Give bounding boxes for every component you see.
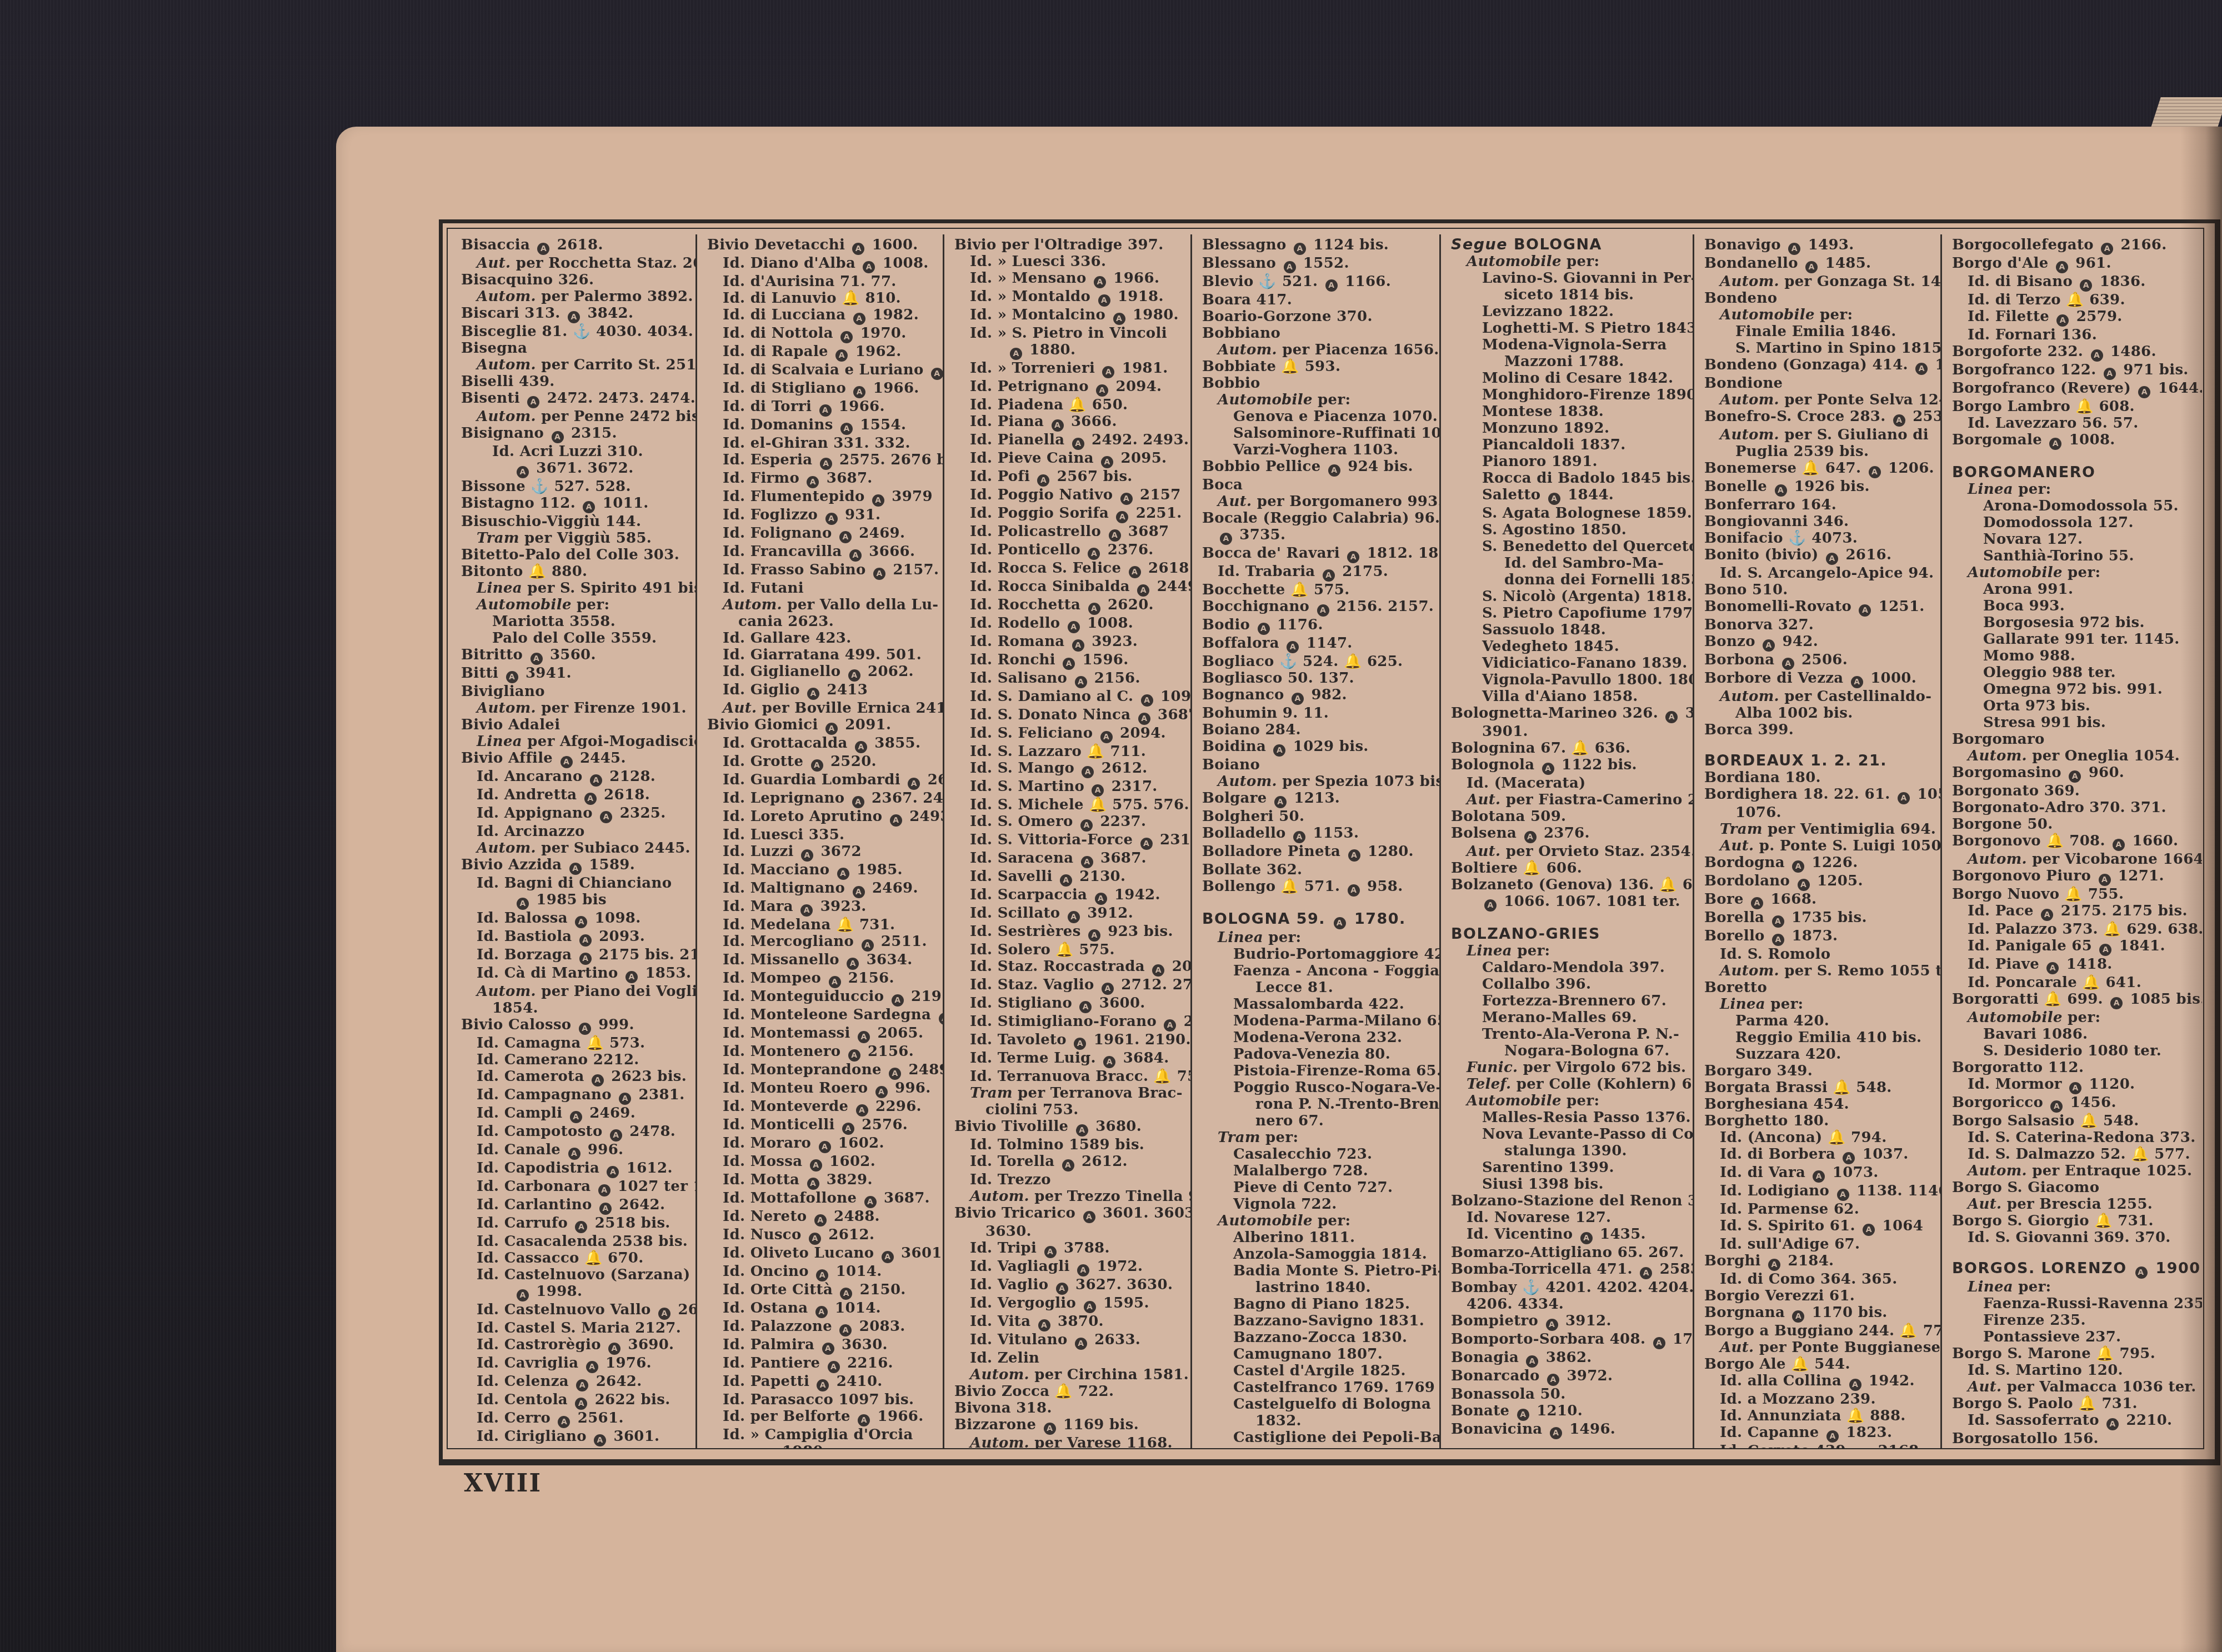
index-entry: Pieve di Cento 727. <box>1202 1179 1434 1196</box>
index-entry: Lecce 81. <box>1202 979 1434 996</box>
service-type-label: Autom. <box>1218 773 1277 790</box>
index-entry: Borgomaro <box>1952 731 2196 748</box>
index-entry: Id. Mormor A 1120. <box>1952 1076 2196 1094</box>
automobile-circle-a-icon: A <box>1068 621 1080 633</box>
index-entry: Bizzarone A 1169 bis. <box>954 1416 1185 1435</box>
automobile-circle-a-icon: A <box>1081 856 1093 868</box>
service-type-label: Aut. <box>1467 792 1500 808</box>
index-entry: Id. S. Dalmazzo 52. 🔔 577. <box>1952 1146 2196 1163</box>
index-entry: Mariotta 3558. <box>461 613 690 630</box>
service-type-label: Segue <box>1451 236 1508 253</box>
automobile-circle-a-icon: A <box>1813 1170 1825 1183</box>
index-entry: Id. Scarpaccia A 1942. <box>954 887 1185 905</box>
index-entry: 3630. <box>954 1223 1185 1240</box>
index-entry: Id. Domanins A 1554. <box>707 417 937 435</box>
index-entry: Modena-Parma-Milano 65. <box>1202 1013 1434 1029</box>
index-entry: Monghidoro-Firenze 1890. <box>1451 387 1687 403</box>
automobile-circle-a-icon: A <box>1116 511 1128 523</box>
index-entry: Telef. per Colle (Kohlern) 672 ter <box>1451 1076 1687 1093</box>
index-entry: Automobile per: <box>1704 307 1935 323</box>
automobile-circle-a-icon: A <box>839 1324 852 1336</box>
automobile-circle-a-icon: A <box>1798 879 1810 891</box>
index-entry: Bodio A 1176. <box>1202 617 1434 635</box>
automobile-circle-a-icon: A <box>599 1203 612 1215</box>
index-entry: 1854. <box>461 1000 690 1017</box>
automobile-circle-a-icon: A <box>1772 915 1784 928</box>
automobile-circle-a-icon: A <box>1782 658 1794 670</box>
index-entry: Bivio Affile A 2445. <box>461 750 690 768</box>
index-entry: Molino di Cesare 1842. <box>1451 370 1687 387</box>
automobile-circle-a-icon: A <box>1294 243 1306 255</box>
automobile-circle-a-icon: A <box>931 368 943 380</box>
index-entry: Linea per: <box>1202 929 1434 946</box>
index-entry: Id. Romana A 3923. <box>954 633 1185 652</box>
index-entry: Id. a Mozzano 239. <box>1704 1391 1935 1408</box>
index-entry: S. Martino in Spino 1815. <box>1704 340 1935 357</box>
index-entry: Boiano 284. <box>1202 722 1434 738</box>
index-entry: Biselli 439. <box>461 373 690 390</box>
index-entry: Alba 1002 bis. <box>1704 705 1935 722</box>
index-entry: Id. di Como 364. 365. <box>1704 1271 1935 1288</box>
index-entry: Boretto <box>1704 979 1935 996</box>
index-entry: Id. Moraro A 1602. <box>707 1135 937 1153</box>
index-entry: Borgo a Buggiano 244. 🔔 775. <box>1704 1323 1935 1339</box>
automobile-circle-a-icon: A <box>842 1123 854 1135</box>
index-entry: Id. Gallare 423. <box>707 630 937 647</box>
index-entry: Id. » Mensano A 1966. <box>954 270 1185 288</box>
index-entry: Bivio Zocca 🔔 722. <box>954 1383 1185 1400</box>
index-entry: Autom. per Vallo della Lu- <box>707 597 937 613</box>
automobile-circle-a-icon: A <box>625 971 638 983</box>
automobile-circle-a-icon: A <box>2050 1100 2063 1113</box>
index-entry: Id. Castelnuovo (Sarzana) <box>461 1266 690 1283</box>
index-entry: Castelfranco 1769. 1769 bis. <box>1202 1379 1434 1396</box>
index-entry: Id. di Scalvaia e Luriano A 2060 <box>707 362 937 380</box>
automobile-circle-a-icon: A <box>1092 784 1104 797</box>
automobile-circle-a-icon: A <box>1096 384 1108 397</box>
index-entry: Id. Cocconato A 964. <box>461 1446 690 1448</box>
index-entry: Fortezza-Brennero 67. <box>1451 993 1687 1009</box>
automobile-circle-a-icon: A <box>825 723 838 735</box>
automobile-circle-a-icon: A <box>576 1379 588 1391</box>
index-entry: Id. Cà di Martino A 1853. <box>461 965 690 983</box>
index-entry: Id. Palmira A 3630. <box>707 1336 937 1355</box>
index-entry: Bordolano A 1205. <box>1704 873 1935 891</box>
index-entry: Id. S. Feliciano A 2094. <box>954 725 1185 743</box>
index-entry: Id. » Luesci 336. <box>954 253 1185 270</box>
index-entry: Borgonovo 🔔 708. A 1660. <box>1952 833 2196 851</box>
index-entry: Aut. per Fiastra-Camerino 2222. <box>1451 792 1687 808</box>
automobile-circle-a-icon: A <box>1826 1430 1839 1443</box>
index-entry: Id. Castel S. Maria 2127. <box>461 1320 690 1336</box>
index-entry: Borgosesia 972 bis. <box>1952 614 2196 631</box>
index-entry: Bonefro-S. Croce 283. A 2539 <box>1704 408 1935 427</box>
automobile-circle-a-icon: A <box>1526 1355 1538 1368</box>
index-entry: Montese 1838. <box>1451 403 1687 420</box>
index-entry: Malles-Resia Passo 1376. <box>1451 1109 1687 1126</box>
index-entry: Aut. per Borgomanero 993. <box>1202 493 1434 510</box>
index-entry: Id. Staz. Vaglio A 2712. 2723 <box>954 977 1185 995</box>
index-entry: Id. alla Collina A 1942. <box>1704 1373 1935 1391</box>
index-entry: Bonavicina A 1496. <box>1451 1421 1687 1439</box>
index-entry: Boca <box>1202 477 1434 493</box>
index-entry: Bomarzo-Attigliano 65. 267. <box>1451 1244 1687 1261</box>
index-columns: Bisaccia A 2618.Aut. per Rocchetta Staz.… <box>451 234 2202 1448</box>
index-entry: Autom. per Penne 2472 bis. <box>461 408 690 425</box>
index-entry: Gallarate 991 ter. 1145. <box>1952 631 2196 648</box>
index-entry: Id. (Macerata) <box>1451 775 1687 792</box>
index-entry: Id. S. Omero A 2237. <box>954 813 1185 832</box>
index-entry: Borgocollefegato A 2166. <box>1952 237 2196 255</box>
index-entry: Trento-Ala-Verona P. N.- <box>1451 1026 1687 1043</box>
index-column-5: Segue BOLOGNAAutomobile per:Lavino-S. Gi… <box>1441 234 1694 1448</box>
service-type-label: Linea <box>477 580 522 597</box>
index-entry: Levizzano 1822. <box>1451 303 1687 320</box>
index-entry: Castelguelfo di Bologna <box>1202 1396 1434 1413</box>
index-entry: Id. Grotte A 2520. <box>707 753 937 772</box>
index-entry: Id. el-Ghiran 331. 332. <box>707 435 937 452</box>
index-entry: Id. Filette A 2579. <box>1952 308 2196 327</box>
automobile-circle-a-icon: A <box>852 243 864 255</box>
index-entry: Id. Poggio Nativo A 2157 <box>954 487 1185 505</box>
index-entry: Id. Trezzo <box>954 1172 1185 1188</box>
automobile-circle-a-icon: A <box>1103 1056 1115 1068</box>
automobile-circle-a-icon: A <box>1075 676 1087 688</box>
index-entry: Linea per Afgoi-Mogadiscio 333 <box>461 733 690 750</box>
index-entry: 1076. <box>1704 804 1935 821</box>
service-type-label: Aut. <box>1720 838 1754 854</box>
index-entry: Id. Bastiola A 2093. <box>461 928 690 947</box>
service-type-label: Autom. <box>970 1366 1029 1383</box>
service-type-label: Aut. <box>723 700 757 717</box>
index-entry: Bolzano-Stazione del Renon 396 <box>1451 1193 1687 1209</box>
index-entry: Id. Tavoleto A 1961. 2190. 2192 <box>954 1032 1185 1050</box>
index-entry: Lavino-S. Giovanni in Per- <box>1451 270 1687 287</box>
index-entry: Id. Grottacalda A 3855. <box>707 735 937 753</box>
service-type-label: Automobile <box>1720 307 1815 323</box>
automobile-circle-a-icon: A <box>852 796 864 808</box>
index-entry: Reggio Emilia 410 bis. <box>1704 1029 1935 1046</box>
index-entry: Id. Folignano A 2469. <box>707 525 937 543</box>
index-entry: Boiano <box>1202 757 1434 773</box>
automobile-circle-a-icon: A <box>820 458 832 470</box>
automobile-circle-a-icon: A <box>1869 466 1881 478</box>
index-entry: Id. Vaglio A 3627. 3630. <box>954 1276 1185 1295</box>
index-entry: Id. Castrorègio A 3690. <box>461 1336 690 1355</box>
index-entry: Id. S. Arcangelo-Apice 94. <box>1704 565 1935 582</box>
automobile-circle-a-icon: A <box>1074 1038 1086 1050</box>
index-entry: Id. Monteprandone A 2489 bis <box>707 1062 937 1080</box>
index-entry: Id. Vitulano A 2633. <box>954 1331 1185 1350</box>
automobile-circle-a-icon: A <box>584 793 597 805</box>
index-entry: Bonorva 327. <box>1704 617 1935 633</box>
index-entry: A 1066. 1067. 1081 ter. <box>1451 893 1687 912</box>
index-entry: Id. Loreto Aprutino A 2493. <box>707 808 937 827</box>
index-column-2: Bivio Devetacchi A 1600.Id. Diano d'Alba… <box>697 234 944 1448</box>
index-entry: Id. » S. Pietro in Vincoli <box>954 325 1185 342</box>
index-entry: Id. Camerota A 2623 bis. <box>461 1068 690 1087</box>
automobile-circle-a-icon: A <box>1044 1423 1056 1435</box>
automobile-circle-a-icon: A <box>569 863 582 875</box>
index-entry: Bocchette 🔔 575. <box>1202 582 1434 598</box>
index-entry: Id. Parasacco 1097 bis. <box>707 1391 937 1408</box>
index-entry: Alberino 1811. <box>1202 1229 1434 1246</box>
automobile-circle-a-icon: A <box>517 466 529 478</box>
index-entry: Id. Cassacco 🔔 670. <box>461 1250 690 1266</box>
index-entry: Borgo Lambro 🔔 608. <box>1952 398 2196 415</box>
index-entry: Id. Sassoferrato A 2210. <box>1952 1412 2196 1430</box>
index-entry: Id. Andretta A 2618. <box>461 787 690 805</box>
index-entry: Id. di Rapale A 1962. <box>707 343 937 362</box>
page-number: XVIII <box>464 1469 542 1498</box>
index-entry: Faenza-Russi-Ravenna 235. <box>1952 1295 2196 1312</box>
automobile-circle-a-icon: A <box>1152 964 1164 977</box>
index-entry: A 1980. <box>707 1443 937 1448</box>
index-entry: Id. Mercogliano A 2511. <box>707 933 937 952</box>
index-entry: Autom. per Brescia 1249. <box>1952 1447 2196 1448</box>
index-entry: Autom. per Entraque 1025. <box>1952 1163 2196 1179</box>
automobile-circle-a-icon: A <box>1088 929 1100 942</box>
index-entry: Id. Nusco A 2612. <box>707 1227 937 1245</box>
automobile-circle-a-icon: A <box>817 1379 829 1391</box>
index-entry: donna dei Fornelli 1853 <box>1451 572 1687 588</box>
automobile-circle-a-icon: A <box>1038 1319 1050 1331</box>
index-entry: Id. Mottafollone A 3687. <box>707 1190 937 1208</box>
index-entry: Bolladore Pineta A 1280. <box>1202 843 1434 862</box>
index-entry: Autom. per Oneglia 1054. <box>1952 748 2196 764</box>
index-entry: Bivigliano <box>461 683 690 700</box>
index-entry: S. Nicolò (Argenta) 1818. <box>1451 588 1687 605</box>
index-entry: Id. Papetti A 2410. <box>707 1373 937 1391</box>
automobile-circle-a-icon: A <box>1898 792 1910 804</box>
automobile-circle-a-icon: A <box>1915 363 1928 375</box>
automobile-circle-a-icon: A <box>853 313 865 325</box>
index-entry: Siusi 1398 bis. <box>1451 1176 1687 1193</box>
index-entry: Autom. per S. Giuliano di <box>1704 427 1935 443</box>
index-entry: Pontassieve 237. <box>1952 1329 2196 1345</box>
index-entry: Bolognina 67. 🔔 636. <box>1451 740 1687 757</box>
service-type-label: Funic. <box>1467 1059 1518 1076</box>
index-entry: Id. S. Lazzaro 🔔 711. <box>954 743 1185 760</box>
index-entry: Id. Zelin <box>954 1350 1185 1366</box>
index-entry: Novara 127. <box>1952 531 2196 548</box>
index-entry: Id. Rocca Sinibalda A 2449 <box>954 578 1185 597</box>
index-entry: Bolotana 509. <box>1451 808 1687 825</box>
index-entry: Id. Cavriglia A 1976. <box>461 1355 690 1373</box>
index-entry: Id. Monteverde A 2296. <box>707 1098 937 1117</box>
index-entry: Id. Stimigliano-Forano A 2119. <box>954 1013 1185 1032</box>
page-curl-shadow <box>2180 127 2222 1652</box>
index-entry: Aut. per Valmacca 1036 ter. <box>1952 1379 2196 1395</box>
index-entry: Borgo S. Marone 🔔 795. <box>1952 1345 2196 1362</box>
index-entry: Bongiovanni 346. <box>1704 513 1935 530</box>
index-entry: Camugnano 1807. <box>1202 1346 1434 1363</box>
index-entry: Id. Pantiere A 2216. <box>707 1355 937 1373</box>
index-entry: Bivio Azzida A 1589. <box>461 857 690 875</box>
automobile-circle-a-icon: A <box>2056 261 2068 273</box>
index-entry: Id. Pofi A 2567 bis. <box>954 468 1185 487</box>
index-entry: Id. Fornari 136. <box>1952 327 2196 343</box>
section-heading: BOLOGNA 59. A 1780. <box>1202 911 1434 929</box>
index-entry: Id. Ancarano A 2128. <box>461 768 690 787</box>
index-entry: Borca 399. <box>1704 722 1935 738</box>
automobile-circle-a-icon: A <box>575 1221 587 1233</box>
service-type-label: Automobile <box>1968 564 2063 581</box>
index-entry: Id. Ronchi A 1596. <box>954 652 1185 670</box>
automobile-circle-a-icon: A <box>908 778 920 790</box>
automobile-circle-a-icon: A <box>1788 243 1800 255</box>
index-entry: Id. Appignano A 2325. <box>461 805 690 823</box>
service-type-label: Autom. <box>970 1435 1029 1448</box>
index-entry: Id. Saracena A 3687. <box>954 850 1185 868</box>
automobile-circle-a-icon: A <box>1287 641 1299 653</box>
index-entry: 1832. <box>1202 1413 1434 1429</box>
automobile-circle-a-icon: A <box>619 1093 631 1105</box>
automobile-circle-a-icon: A <box>855 741 867 753</box>
index-entry: Bono 510. <box>1704 582 1935 598</box>
index-entry: Id. Futani <box>707 580 937 597</box>
index-entry: Bollengo 🔔 571. A 958. <box>1202 878 1434 897</box>
automobile-circle-a-icon: A <box>815 1306 828 1318</box>
index-entry: Id. Monteleone Sardegna A 3923 <box>707 1007 937 1025</box>
service-type-label: Linea <box>477 733 522 750</box>
automobile-circle-a-icon: A <box>1517 1409 1529 1421</box>
automobile-circle-a-icon: A <box>1665 711 1678 723</box>
index-entry: Borgo Salsasio 🔔 548. <box>1952 1113 2196 1129</box>
index-entry: Id. Giglianello A 2062. <box>707 663 937 682</box>
automobile-circle-a-icon: A <box>1843 1152 1855 1164</box>
index-entry: Id. Monteu Roero A 996. <box>707 1080 937 1098</box>
service-type-label: Aut. <box>1968 1196 2001 1213</box>
index-entry: Automobile per: <box>461 597 690 613</box>
index-column-7: Borgocollefegato A 2166.Borgo d'Ale A 96… <box>1942 234 2202 1448</box>
index-entry: Id. Salisano A 2156. <box>954 670 1185 688</box>
automobile-circle-a-icon: A <box>1109 529 1121 542</box>
index-entry: Bondeno (Gonzaga) 414. A 1483. <box>1704 357 1935 375</box>
automobile-circle-a-icon: A <box>1792 860 1804 873</box>
index-entry: Bondeno <box>1704 290 1935 307</box>
index-entry: Bolgheri 50. <box>1202 808 1434 825</box>
service-type-label: Tram <box>1218 1129 1260 1146</box>
index-entry: Bocale (Reggio Calabria) 96. <box>1202 510 1434 527</box>
automobile-circle-a-icon: A <box>506 671 518 683</box>
index-entry: Autom. per Palermo 3892. <box>461 288 690 305</box>
index-entry: Borbona A 2506. <box>1704 652 1935 670</box>
index-entry: Id. Terme Luig. A 3684. <box>954 1050 1185 1068</box>
automobile-circle-a-icon: A <box>2046 962 2059 974</box>
index-entry: Bivio Devetacchi A 1600. <box>707 237 937 255</box>
index-entry: Id. Luesci 335. <box>707 827 937 843</box>
automobile-circle-a-icon: A <box>1550 1427 1562 1439</box>
index-entry: Stresa 991 bis. <box>1952 714 2196 731</box>
index-entry: Padova-Venezia 80. <box>1202 1046 1434 1063</box>
index-entry: Id. S. Martino A 2317. <box>954 778 1185 797</box>
index-entry: Bolsena A 2376. <box>1451 825 1687 843</box>
index-entry: Oleggio 988 ter. <box>1952 664 2196 681</box>
service-type-label: Autom. <box>477 357 536 373</box>
index-entry: Vedegheto 1845. <box>1451 638 1687 655</box>
service-type-label: Aut. <box>1218 493 1252 510</box>
automobile-circle-a-icon: A <box>825 513 838 525</box>
automobile-circle-a-icon: A <box>1082 766 1094 778</box>
service-type-label: Linea <box>1968 1279 2013 1295</box>
automobile-circle-a-icon: A <box>1775 484 1787 497</box>
index-entry: Autom. per Gonzaga St. 1483. <box>1704 273 1935 290</box>
index-entry: Biscari 313. A 3842. <box>461 305 690 323</box>
index-entry: Borgaro 349. <box>1704 1063 1935 1079</box>
index-entry: Automobile per: <box>1952 1009 2196 1026</box>
automobile-circle-a-icon: A <box>882 1251 894 1263</box>
automobile-circle-a-icon: A <box>1548 493 1560 505</box>
automobile-circle-a-icon: A <box>568 311 580 323</box>
index-entry: Id. Campotosto A 2478. <box>461 1123 690 1142</box>
section-heading: BORDEAUX 1. 2. 21. <box>1704 753 1935 769</box>
automobile-circle-a-icon: A <box>856 1104 868 1117</box>
index-entry: Id. Vagliagli A 1972. <box>954 1258 1185 1276</box>
index-entry: Borgomale A 1008. <box>1952 432 2196 450</box>
index-entry: Id. Monteguiduccio A 2193. <box>707 988 937 1007</box>
service-type-label: Tram <box>1720 821 1763 838</box>
index-entry: Id. (Ancona) 🔔 794. <box>1704 1129 1935 1146</box>
index-entry: 3901. <box>1451 723 1687 740</box>
index-entry: Anzola-Samoggia 1814. <box>1202 1246 1434 1263</box>
index-entry: Bobbio Pellice A 924 bis. <box>1202 458 1434 477</box>
index-entry: Id. di Borbera A 1037. <box>1704 1146 1935 1164</box>
index-entry: Borgoratti 🔔 699. A 1085 bis. <box>1952 991 2196 1009</box>
index-entry: Id. Giglio A 2413 <box>707 682 937 700</box>
index-entry: Aut. per Ponte Buggianese 2036. <box>1704 1339 1935 1356</box>
index-entry: Bondanello A 1485. <box>1704 255 1935 273</box>
index-entry: Id. Savelli A 2130. <box>954 868 1185 887</box>
index-entry: Bonzo A 942. <box>1704 633 1935 652</box>
index-entry: Boario-Gorzone 370. <box>1202 308 1434 325</box>
automobile-circle-a-icon: A <box>1768 1259 1780 1271</box>
automobile-circle-a-icon: A <box>592 1074 604 1087</box>
service-type-label: Autom. <box>1720 427 1779 443</box>
index-entry: Id. Foglizzo A 931. <box>707 507 937 525</box>
service-type-label: Autom. <box>1218 342 1277 358</box>
index-entry: Borgone 50. <box>1952 816 2196 833</box>
automobile-circle-a-icon: A <box>892 994 904 1007</box>
index-entry: Bonifacio ⚓ 4073. <box>1704 530 1935 547</box>
index-entry: Borgosatollo 156. <box>1952 1430 2196 1447</box>
index-entry: Id. di Bisano A 1836. <box>1952 273 2196 292</box>
automobile-circle-a-icon: A <box>864 1196 877 1208</box>
index-entry: Boltiere 🔔 606. <box>1451 860 1687 877</box>
automobile-circle-a-icon: A <box>2104 368 2116 380</box>
index-entry: Id. Petrignano A 2094. <box>954 378 1185 397</box>
automobile-circle-a-icon: A <box>810 1159 822 1172</box>
automobile-circle-a-icon: A <box>1080 819 1093 832</box>
index-entry: Bavari 1086. <box>1952 1026 2196 1043</box>
index-entry: Linea per S. Spirito 491 bis. <box>461 580 690 597</box>
automobile-circle-a-icon: A <box>1863 1224 1875 1236</box>
automobile-circle-a-icon: A <box>600 811 612 823</box>
automobile-circle-a-icon: A <box>2049 438 2061 450</box>
automobile-circle-a-icon: A <box>583 501 595 513</box>
index-entry: Budrio-Portomaggiore 421. <box>1202 946 1434 963</box>
automobile-circle-a-icon: A <box>1060 874 1072 887</box>
index-entry: Id. Poncarale 🔔 641. <box>1952 974 2196 991</box>
automobile-circle-a-icon: A <box>1484 899 1497 912</box>
index-entry: A 1880. <box>954 342 1185 360</box>
index-entry: Aut. per Orvieto Staz. 2354. <box>1451 843 1687 860</box>
automobile-circle-a-icon: A <box>1094 276 1106 288</box>
index-entry: Domodossola 127. <box>1952 514 2196 531</box>
service-type-label: Autom. <box>1968 748 2027 764</box>
index-entry: Bogliaco ⚓ 524. 🔔 625. <box>1202 653 1434 670</box>
index-entry: Id. Bagni di Chianciano <box>461 875 690 892</box>
